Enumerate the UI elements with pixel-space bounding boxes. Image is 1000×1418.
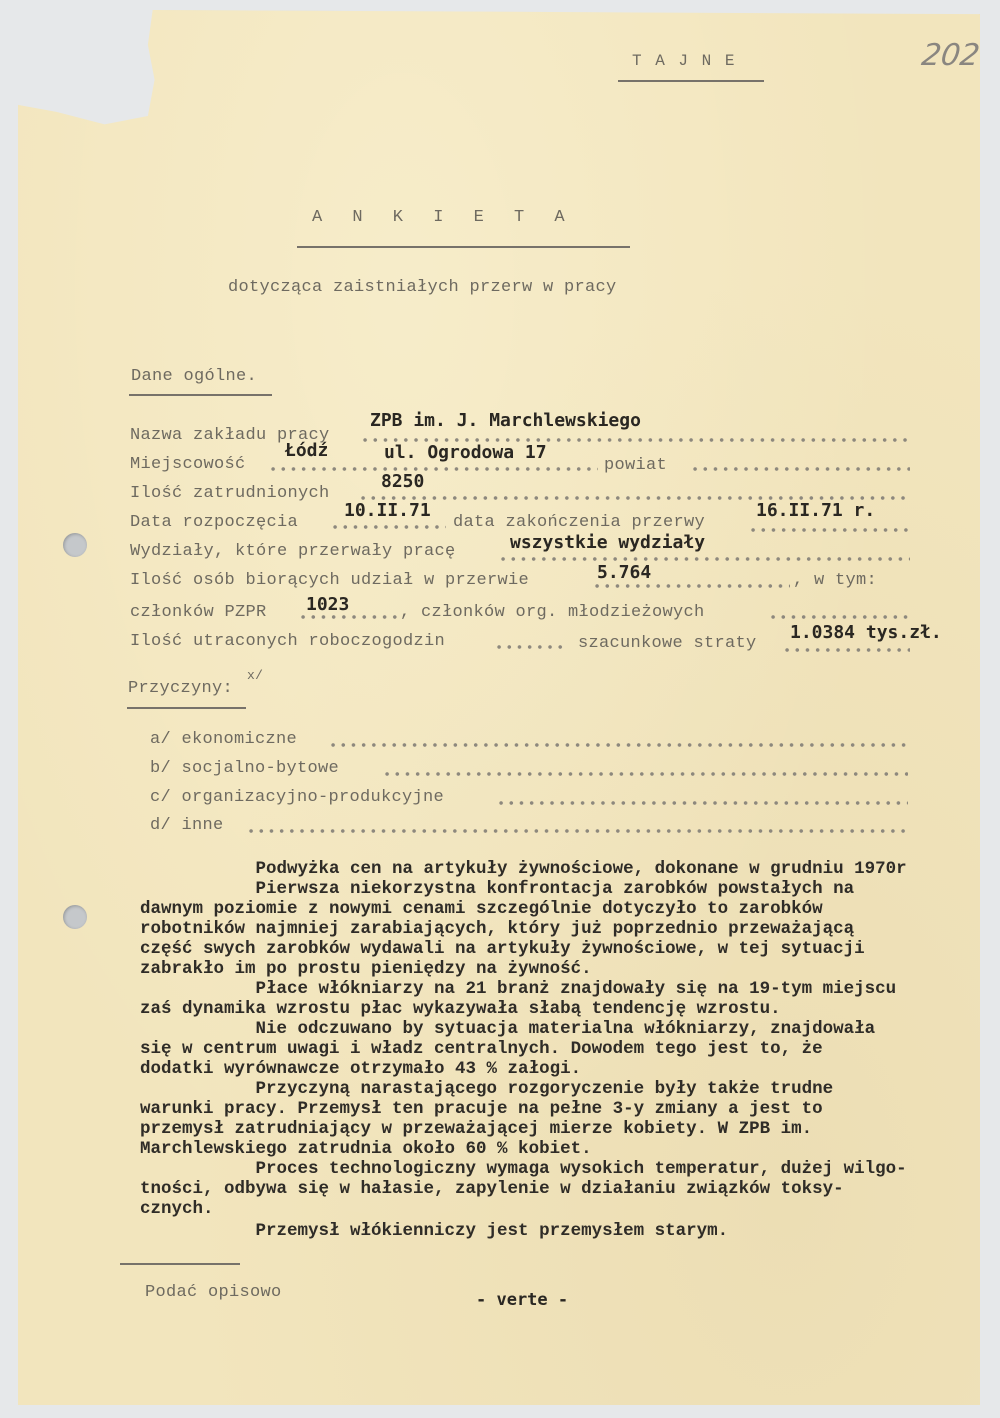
pzpr-label: członków PZPR: [130, 603, 267, 622]
dotted-line: [328, 743, 908, 747]
end-date-value: 16.II.71 r.: [756, 500, 875, 521]
dotted-line: [298, 615, 400, 619]
narrative-line: Przemysł włókienniczy jest przemysłem st…: [140, 1221, 728, 1242]
classification-stamp: T A J N E: [632, 52, 736, 70]
section-underline: [129, 394, 272, 396]
departments-value: wszystkie wydziały: [510, 532, 705, 553]
dotted-line: [494, 645, 566, 649]
footnote-mark: x/: [247, 668, 263, 683]
employees-label: Ilość zatrudnionych: [130, 484, 330, 503]
dotted-line: [330, 525, 446, 529]
start-date-label: Data rozpoczęcia: [130, 513, 298, 532]
departments-label: Wydziały, które przerwały pracę: [130, 542, 456, 561]
dotted-line: [690, 467, 910, 471]
participants-label: Ilość osób biorących udział w przerwie: [130, 571, 529, 590]
narrative-line: część swych zarobków wydawali na artykuł…: [140, 939, 865, 960]
participants-suffix: , w tym:: [793, 571, 877, 590]
dotted-line: [382, 772, 908, 776]
narrative-line: Podwyżka cen na artykuły żywnościowe, do…: [140, 859, 907, 880]
document-title: A N K I E T A: [312, 208, 575, 227]
narrative-line: Przyczyną narastającego rozgoryczenie by…: [140, 1079, 833, 1100]
narrative-line: cznych.: [140, 1199, 214, 1220]
verte-mark: - verte -: [476, 1290, 568, 1310]
pzpr-value: 1023: [306, 594, 349, 615]
footnote-text: Podać opisowo: [145, 1283, 282, 1302]
dotted-line: [246, 829, 908, 833]
losses-value: 1.0384 tys.zł.: [790, 622, 942, 643]
start-date-value: 10.II.71: [344, 500, 431, 521]
dotted-line: [592, 584, 790, 588]
cause-item-organizational: c/ organizacyjno-produkcyjne: [150, 788, 444, 807]
dotted-line: [782, 648, 910, 652]
narrative-line: Proces technologiczny wymaga wysokich te…: [140, 1159, 907, 1180]
narrative-line: tności, odbywa się w hałasie, zapylenie …: [140, 1179, 844, 1200]
title-underline: [297, 246, 630, 248]
cause-item-other: d/ inne: [150, 816, 224, 835]
narrative-line: warunki pracy. Przemysł ten pracuje na p…: [140, 1099, 823, 1120]
narrative-line: dodatki wyrównawcze otrzymało 43 % załog…: [140, 1059, 581, 1080]
dotted-line: [768, 615, 910, 619]
dotted-line: [496, 801, 908, 805]
narrative-line: zabrakło im po prostu pieniędzy na żywno…: [140, 959, 592, 980]
narrative-line: dawnym poziomie z nowymi cenami szczegól…: [140, 899, 823, 920]
dotted-line: [748, 528, 910, 532]
cause-item-economic: a/ ekonomiczne: [150, 730, 297, 749]
workplace-value: ZPB im. J. Marchlewskiego: [370, 410, 641, 431]
section-heading-causes: Przyczyny:: [128, 679, 233, 698]
end-date-label: data zakończenia przerwy: [453, 513, 705, 532]
district-label: powiat: [604, 456, 667, 475]
narrative-line: Pierwsza niekorzystna konfrontacja zarob…: [140, 879, 854, 900]
narrative-line: się w centrum uwagi i władz centralnych.…: [140, 1039, 823, 1060]
employees-value: 8250: [381, 471, 424, 492]
punch-hole: [63, 905, 87, 929]
narrative-line: Nie odczuwano by sytuacja materialna włó…: [140, 1019, 875, 1040]
section-heading-general: Dane ogólne.: [131, 367, 257, 386]
classification-underline: [618, 80, 764, 82]
youth-members-label: , członków org. młodzieżowych: [400, 603, 705, 622]
section-underline: [127, 707, 246, 709]
handwritten-page-number: 202: [920, 38, 982, 73]
lost-hours-label: Ilość utraconych roboczogodzin: [130, 632, 445, 651]
narrative-line: Marchlewskiego zatrudnia około 60 % kobi…: [140, 1139, 592, 1160]
narrative-line: robotników najmniej zarabiających, który…: [140, 919, 854, 940]
participants-value: 5.764: [597, 562, 651, 583]
locality-label: Miejscowość: [130, 455, 246, 474]
dotted-line: [498, 557, 910, 561]
losses-label: szacunkowe straty: [578, 634, 757, 653]
dotted-line: [268, 467, 598, 471]
address-value: ul. Ogrodowa 17: [384, 442, 547, 463]
narrative-line: przemysł zatrudniający w przeważającej m…: [140, 1119, 812, 1140]
punch-hole: [63, 533, 87, 557]
footnote-rule: [120, 1263, 240, 1265]
locality-value: Łódź: [285, 440, 328, 461]
cause-item-social: b/ socjalno-bytowe: [150, 759, 339, 778]
document-subtitle: dotycząca zaistniałych przerw w pracy: [228, 278, 617, 297]
narrative-line: Płace włókniarzy na 21 branż znajdowały …: [140, 979, 896, 1000]
narrative-line: zaś dynamika wzrostu płac wykazywała sła…: [140, 999, 781, 1020]
